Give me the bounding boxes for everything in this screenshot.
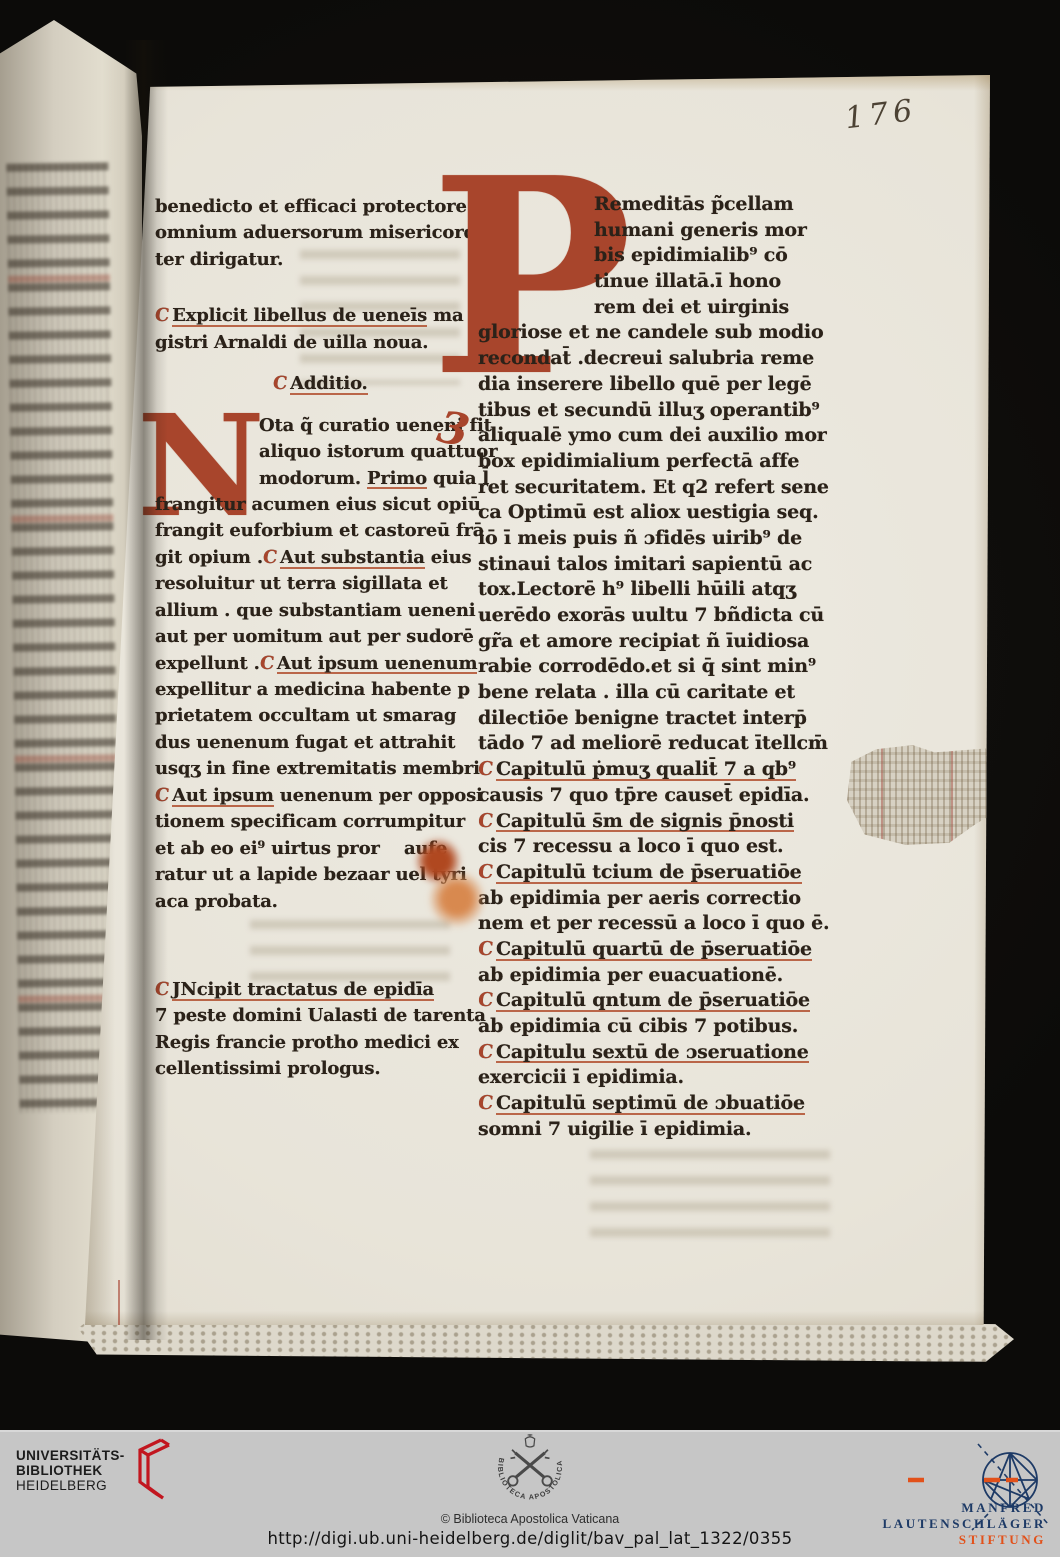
line-text: tionem specificam corrumpitur (155, 811, 465, 832)
line-text: rabie corrodēdo.et si q̄ sint min⁹ (478, 655, 816, 677)
manuscript-fragment-patch (847, 743, 993, 847)
text-line: CAut ipsum uenenum per opposi (155, 785, 467, 811)
line-text: ab epidimia cū cibis 7 potibus. (478, 1015, 798, 1037)
line-text: modorum. (259, 468, 367, 489)
line-text: tibus et secundū illuʒ operantib⁹ (478, 399, 820, 421)
rubric-underlined-text: Capitulū qntum de p̄seruatiōe (496, 989, 810, 1013)
line-text: cis 7 recessu a loco ī quo est. (478, 835, 783, 857)
capitulum-mark-icon: C (477, 937, 498, 963)
text-line: expellunt .CAut ipsum uenenum (155, 653, 467, 679)
line-text: somni 7 uigilie ī epidimia. (478, 1118, 751, 1140)
text-line: nem et per recessū a loco ī quo ē. (478, 911, 858, 937)
vatican-emblem-icon: BIBLIOTECA APOSTOLICA VATICANA (491, 1434, 569, 1506)
rubric-underlined-text: Capitulū septimū de ɔbuatiōe (496, 1092, 805, 1116)
text-line: iō ī meis puis ñ ɔfidēs uirib⁹ de (478, 526, 858, 552)
text-line: ab epidimia per euacuationē. (478, 963, 858, 989)
line-text: frangit euforbium et castoreū frā (155, 520, 484, 541)
text-line: somni 7 uigilie ī epidimia. (478, 1117, 858, 1143)
folio-number-handwritten: 176 (843, 93, 919, 137)
line-text: eius (425, 547, 472, 568)
foundation-name-line: STIFTUNG (882, 1532, 1046, 1548)
line-text: Remeditās p̃cellam (594, 193, 793, 215)
text-line: tox.Lectorē h⁹ libelli hūili atqʒ (478, 577, 858, 603)
line-text: aut per uomitum aut per sudorē (155, 626, 474, 647)
text-line: dilectiōe benigne tractet interp̄ (478, 706, 858, 732)
ink-mark (118, 1280, 120, 1326)
line-text: uenenum per opposi (274, 785, 483, 806)
text-line: expellitur a medicina habente p (155, 679, 467, 705)
text-line: bene relata . illa cū caritate et (478, 680, 858, 706)
text-line: bis epidimialib⁹ cō (594, 243, 858, 269)
line-text: Regis francie protho medici ex (155, 1032, 459, 1053)
text-line: tinue illatā.ī hono (594, 269, 858, 295)
text-line: benedicto et efficaci protectore (155, 196, 467, 222)
text-line: rabie corrodēdo.et si q̄ sint min⁹ (478, 654, 858, 680)
photo-area: 176 N benedicto et efficaci protectoreom… (0, 0, 1060, 1432)
text-line: resoluitur ut terra sigillata et (155, 573, 467, 599)
text-line: allium . que substantiam ueneni (155, 600, 467, 626)
text-line: ter dirigatur. (155, 249, 467, 275)
line-text: exercicii ī epidimia. (478, 1066, 684, 1088)
line-text: iō ī meis puis ñ ɔfidēs uirib⁹ de (478, 527, 802, 549)
line-text: humani generis mor (594, 219, 807, 241)
line-text: ter dirigatur. (155, 249, 283, 270)
line-text: bene relata . illa cū caritate et (478, 681, 795, 703)
text-line: CCapitulu sextū de ɔseruatione (478, 1040, 858, 1066)
source-url: http://digi.ub.uni-heidelberg.de/diglit/… (180, 1529, 880, 1548)
line-text: dilectiōe benigne tractet interp̄ (478, 707, 807, 729)
text-line: rem dei et uirginis (594, 295, 858, 321)
text-line: gloriose et ne candele sub modio (478, 320, 858, 346)
foundation-name-line: MANFRED (882, 1500, 1046, 1516)
heidelberg-library-block: UNIVERSITÄTS- BIBLIOTHEK HEIDELBERG (16, 1448, 125, 1493)
line-text: rem dei et uirginis (594, 296, 789, 318)
foundation-name-block: MANFRED LAUTENSCHLÄGER STIFTUNG (882, 1500, 1046, 1548)
manuscript-page: 176 N benedicto et efficaci protectoreom… (85, 75, 990, 1325)
capitulum-mark-icon: C (477, 1091, 498, 1117)
line-text: cellentissimi prologus. (155, 1058, 380, 1079)
text-line: ret securitatem. Et q2 refert sene (478, 475, 858, 501)
left-column-lines: benedicto et efficaci protectoreomnium a… (155, 196, 467, 1085)
line-text: tinue illatā.ī hono (594, 270, 781, 292)
text-line: CCapitulū quartū de p̄seruatiōe (478, 937, 858, 963)
line-text: ab epidimia per aeris correctio (478, 887, 801, 909)
line-text: gr̃a et amore recipiat ñ īuidiosa (478, 630, 809, 652)
rubric-underlined-text: Capitulū quartū de p̄seruatiōe (496, 938, 812, 962)
right-text-column: P 3 Remeditās p̃cellamhumani generis mor… (478, 192, 858, 1142)
rubric-underlined-text: Aut substantia (280, 547, 425, 570)
heidelberg-library-book-icon (128, 1436, 182, 1504)
text-line: uerēdo exorās uultu 7 bñdicta cū (478, 603, 858, 629)
text-line: causis 7 quo tp̄re causet̄ epidīa. (478, 783, 858, 809)
capitulum-mark-icon: C (477, 1040, 498, 1066)
rubric-underlined-text: Primo (367, 468, 427, 491)
text-line: box epidimialium perfectā affe (478, 449, 858, 475)
foundation-name-line: LAUTENSCHLÄGER (882, 1516, 1046, 1532)
text-line: CCapitulū septimū de ɔbuatiōe (478, 1091, 858, 1117)
showthrough-text (590, 1150, 830, 1242)
capitulum-mark-icon: C (154, 979, 173, 1000)
line-text: ca Optimū est aliox uestigia seq. (478, 501, 819, 523)
vatican-attribution-block: BIBLIOTECA APOSTOLICA VATICANA © Bibliot… (180, 1434, 880, 1548)
line-text: resoluitur ut terra sigillata et (155, 573, 448, 594)
ink-stain (429, 870, 485, 928)
capitulum-mark-icon: C (262, 547, 281, 568)
text-line: 7 peste domini Ualasti de tarenta (155, 1005, 467, 1031)
text-line: tibus et secundū illuʒ operantib⁹ (478, 398, 858, 424)
rubric-underlined-text: Explicit libellus de ueneīs (172, 305, 427, 328)
text-line: ab epidimia per aeris correctio (478, 886, 858, 912)
capitulum-mark-icon: C (477, 988, 498, 1014)
text-line: aut per uomitum aut per sudorē (155, 626, 467, 652)
rubric-underlined-text: JNcipit tractatus de epidīa (172, 979, 434, 1002)
line-text: bis epidimialib⁹ cō (594, 244, 788, 266)
text-line: prietatem occultam ut smarag (155, 705, 467, 731)
text-line: humani generis mor (594, 218, 858, 244)
text-line: CCapitulū qntum de p̄seruatiōe (478, 988, 858, 1014)
text-line: exercicii ī epidimia. (478, 1065, 858, 1091)
capitulum-mark-icon: C (259, 653, 278, 674)
text-line: CExplicit libellus de ueneīs ma (155, 305, 467, 331)
text-line: stinaui talos imitari sapientū ac (478, 552, 858, 578)
text-line: frangit euforbium et castoreū frā (155, 520, 467, 546)
text-line: cis 7 recessu a loco ī quo est. (478, 834, 858, 860)
rubric-underlined-text: Capitulū tcium de p̄seruatiōe (496, 861, 802, 885)
text-line: ab epidimia cū cibis 7 potibus. (478, 1014, 858, 1040)
text-line: gistri Arnaldi de uilla noua. (155, 332, 467, 358)
text-line: CCapitulū s̄m de signis p̄nosti (478, 809, 858, 835)
text-line: ca Optimū est aliox uestigia seq. (478, 500, 858, 526)
line-text: tox.Lectorē h⁹ libelli hūili atqʒ (478, 578, 796, 600)
line-text: gloriose et ne candele sub modio (478, 321, 823, 343)
line-text: aliqualē ymo cum dei auxilio mor (478, 424, 827, 446)
line-text: 7 peste domini Ualasti de tarenta (155, 1005, 486, 1026)
copyright-line: © Biblioteca Apostolica Vaticana (180, 1512, 880, 1526)
line-text: allium . que substantiam ueneni (155, 600, 475, 621)
text-line: gr̃a et amore recipiat ñ īuidiosa (478, 629, 858, 655)
capitulum-mark-icon: C (477, 757, 498, 783)
right-column-lines: Remeditās p̃cellamhumani generis morbis … (478, 192, 858, 1142)
text-line: cellentissimi prologus. (155, 1058, 467, 1084)
rubric-underlined-text: Aut ipsum (172, 785, 274, 808)
text-line: CCapitulū ṗmuʒ qualit̄ 7 a qb⁹ (478, 757, 858, 783)
line-text: ab epidimia per euacuationē. (478, 964, 783, 986)
line-text: expellitur a medicina habente p (155, 679, 470, 700)
line-text: ret securitatem. Et q2 refert sene (478, 476, 829, 498)
rubric-underlined-text: Capitulū s̄m de signis p̄nosti (496, 810, 794, 834)
text-line: usqʒ in fine extremitatis membri (155, 758, 467, 784)
capitulum-mark-icon: C (154, 785, 173, 806)
line-text: benedicto et efficaci protectore (155, 196, 467, 217)
text-line: dia inserere libello quē per legē (478, 372, 858, 398)
line-text: nem et per recessū a loco ī quo ē. (478, 912, 829, 934)
line-text: box epidimialium perfectā affe (478, 450, 799, 472)
line-text: et ab eo ei⁹ uirtus pror aufe (155, 838, 447, 859)
capitulum-mark-icon: C (477, 809, 498, 835)
line-text: stinaui talos imitari sapientū ac (478, 553, 812, 575)
text-line: tādo 7 ad meliorē reducat ītellcm̄ (478, 731, 858, 757)
line-text: usqʒ in fine extremitatis membri (155, 758, 480, 779)
line-text: gistri Arnaldi de uilla noua. (155, 332, 428, 353)
text-line: frangitur acumen eius sicut opiū (155, 494, 467, 520)
line-text: aca probata. (155, 891, 278, 912)
rubric-underlined-text: Additio. (290, 373, 367, 396)
text-line: Regis francie protho medici ex (155, 1032, 467, 1058)
line-text: causis 7 quo tp̄re causet̄ epidīa. (478, 784, 809, 806)
rubric-underlined-text: Capitulū ṗmuʒ qualit̄ 7 a qb⁹ (496, 758, 796, 782)
text-line: tionem specificam corrumpitur (155, 811, 467, 837)
library-name-line: HEIDELBERG (16, 1478, 125, 1493)
line-text: frangitur acumen eius sicut opiū (155, 494, 481, 515)
text-line: aliqualē ymo cum dei auxilio mor (478, 423, 858, 449)
text-line: git opium .CAut substantia eius (155, 547, 467, 573)
line-text: recondat̄ .decreui salubria reme (478, 347, 814, 369)
text-line: CJNcipit tractatus de epidīa (155, 979, 467, 1005)
line-text: expellunt . (155, 653, 260, 674)
line-text: git opium . (155, 547, 263, 568)
left-text-column: N benedicto et efficaci protectoreomnium… (155, 196, 467, 1085)
line-text: uerēdo exorās uultu 7 bñdicta cū (478, 604, 824, 626)
line-text: dus uenenum fugat et attrahit (155, 732, 455, 753)
text-line: aca probata. (155, 891, 467, 917)
capitulum-mark-icon: C (154, 305, 173, 326)
footer-bar: UNIVERSITÄTS- BIBLIOTHEK HEIDELBERG BIB (0, 1430, 1060, 1557)
library-name-line: UNIVERSITÄTS- (16, 1448, 125, 1463)
line-text: tādo 7 ad meliorē reducat ītellcm̄ (478, 732, 828, 754)
rubric-underlined-text: Capitulu sextū de ɔseruatione (496, 1041, 809, 1065)
text-line: Remeditās p̃cellam (594, 192, 858, 218)
rubric-underlined-text: Aut ipsum uenenum (277, 653, 478, 676)
line-text: dia inserere libello quē per legē (478, 373, 811, 395)
line-text: prietatem occultam ut smarag (155, 705, 456, 726)
text-line: recondat̄ .decreui salubria reme (478, 346, 858, 372)
library-name-line: BIBLIOTHEK (16, 1463, 125, 1478)
capitulum-mark-icon: C (272, 373, 291, 394)
text-line: dus uenenum fugat et attrahit (155, 732, 467, 758)
text-line: CCapitulū tcium de p̄seruatiōe (478, 860, 858, 886)
text-line: modorum. Primo quia l̄ (259, 468, 467, 494)
text-line: omnium aduersorum misericordi (155, 222, 467, 248)
